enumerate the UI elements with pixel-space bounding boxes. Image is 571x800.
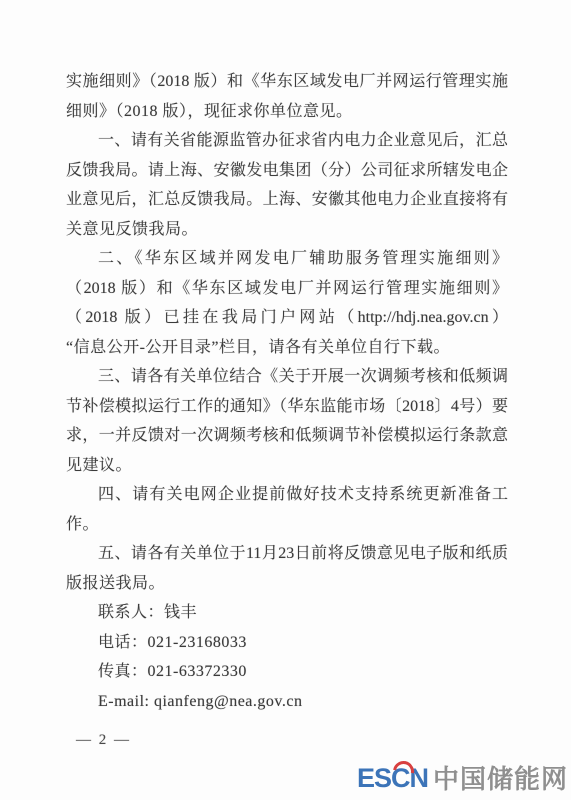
text-line: 见建议。 xyxy=(66,451,508,481)
text-line: 联系人：钱丰 xyxy=(66,598,508,628)
text-line: “信息公开-公开目录”栏目，请各有关单位自行下载。 xyxy=(66,333,508,363)
escn-logo: ESCN xyxy=(357,765,428,792)
text-line: 反馈我局。请上海、安徽发电集团（分）公司征求所辖发电企 xyxy=(66,156,508,186)
text-line: 三、请各有关单位结合《关于开展一次调频考核和低频调 xyxy=(66,362,508,392)
text-line: （2018 版）已挂在我局门户网站（http://hdj.nea.gov.cn） xyxy=(66,303,508,333)
document-page: 实施细则》（2018 版）和《华东区域发电厂并网运行管理实施细则》（2018 版… xyxy=(0,0,571,800)
text-line: 传真：021-63372330 xyxy=(66,657,508,687)
escn-logo-text: ESCN xyxy=(357,763,428,793)
text-line: 电话：021-23168033 xyxy=(66,628,508,658)
text-line: 求，一并反馈对一次调频考核和低频调节补偿模拟运行条款意 xyxy=(66,421,508,451)
text-line: 实施细则》（2018 版）和《华东区域发电厂并网运行管理实施 xyxy=(66,67,508,97)
text-line: 四、请有关电网企业提前做好技术支持系统更新准备工 xyxy=(66,480,508,510)
text-line: 版报送我局。 xyxy=(66,569,508,599)
watermark-site-name: 中国储能网 xyxy=(433,766,568,792)
page-number: — 2 — xyxy=(76,732,131,749)
text-line: 节补偿模拟运行工作的通知》（华东监能市场〔2018〕4号）要 xyxy=(66,392,508,422)
text-line: （2018 版）和《华东区域发电厂并网运行管理实施细则》 xyxy=(66,274,508,304)
document-body: 实施细则》（2018 版）和《华东区域发电厂并网运行管理实施细则》（2018 版… xyxy=(66,67,508,716)
text-line: 二、《华东区域并网发电厂辅助服务管理实施细则》 xyxy=(66,244,508,274)
text-line: 一、请有关省能源监管办征求省内电力企业意见后，汇总 xyxy=(66,126,508,156)
text-line: 作。 xyxy=(66,510,508,540)
text-line: 五、请各有关单位于11月23日前将反馈意见电子版和纸质 xyxy=(66,539,508,569)
escn-watermark: ESCN 中国储能网 xyxy=(357,765,568,792)
text-line: 关意见反馈我局。 xyxy=(66,215,508,245)
text-line: 细则》（2018 版），现征求你单位意见。 xyxy=(66,97,508,127)
text-line: E-mail: qianfeng@nea.gov.cn xyxy=(66,687,508,717)
text-line: 业意见后，汇总反馈我局。上海、安徽其他电力企业直接将有 xyxy=(66,185,508,215)
